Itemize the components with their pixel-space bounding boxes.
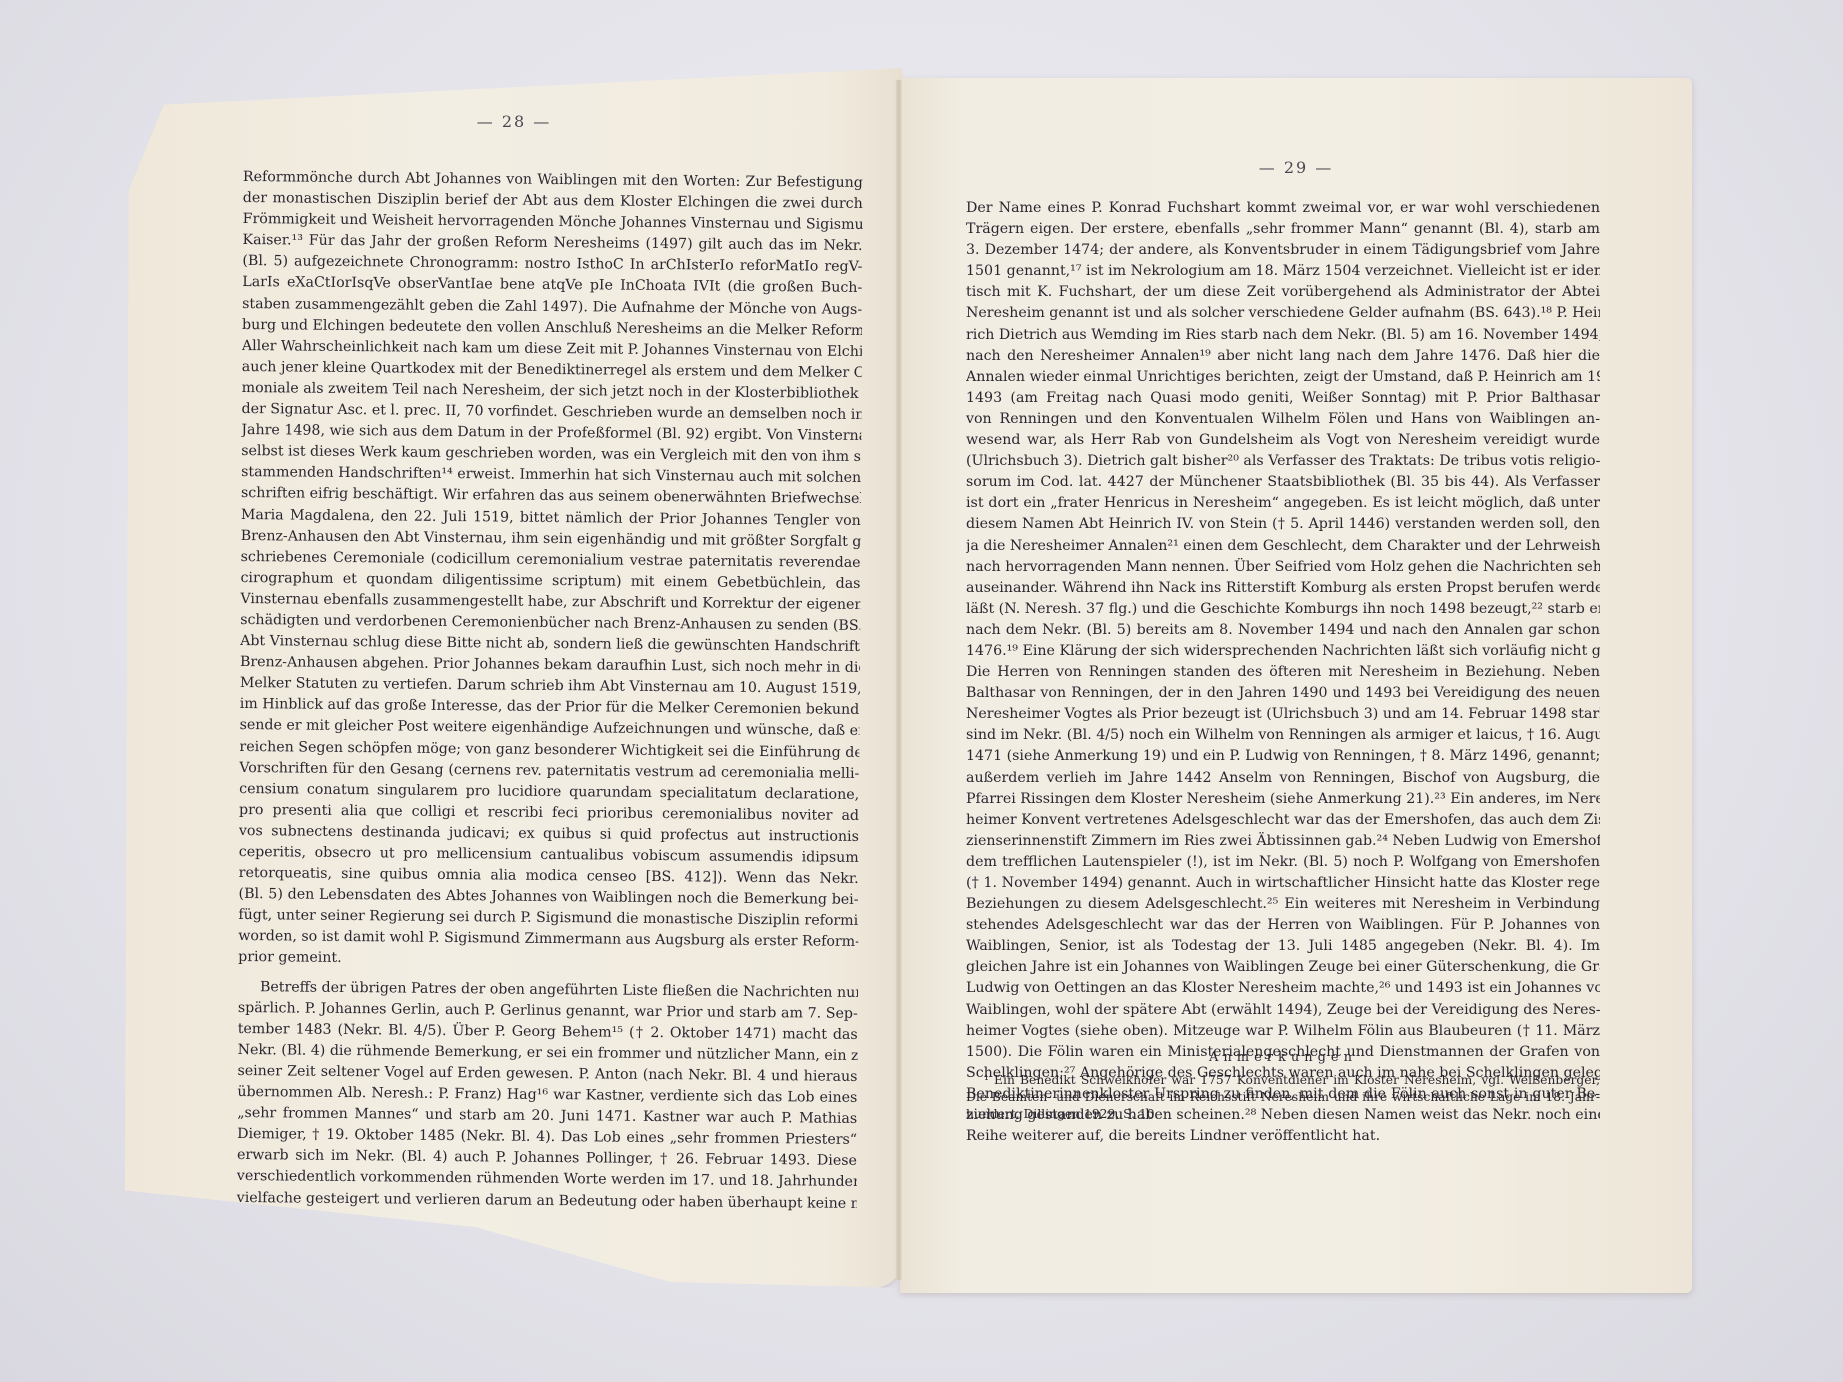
notes-heading: Anmerkungen	[966, 1050, 1600, 1065]
book-spine	[896, 80, 902, 1280]
text-line: Pfarrei Rissingen dem Kloster Neresheim …	[966, 789, 1600, 810]
text-line: außerdem verlieh im Jahre 1442 Anselm vo…	[966, 768, 1600, 789]
text-line: dem trefflichen Lautenspieler (!), ist i…	[966, 852, 1600, 873]
text-line: Die Herren von Renningen standen des öft…	[966, 662, 1600, 683]
text-line: auseinander. Während ihn Nack ins Ritter…	[966, 578, 1600, 599]
text-line: gleichen Jahre ist ein Johannes von Waib…	[966, 957, 1600, 978]
text-line: 1471 (siehe Anmerkung 19) und ein P. Lud…	[966, 746, 1600, 767]
text-line: Trägern eigen. Der erstere, ebenfalls „s…	[966, 219, 1600, 240]
text-line: Der Name eines P. Konrad Fuchshart kommt…	[966, 198, 1600, 219]
text-line: hundert, Dillingen 1929, S. 10.	[966, 1106, 1600, 1123]
left-page-body: Reformmönche durch Abt Johannes von Waib…	[237, 167, 863, 1215]
text-line: Waiblingen, Senior, ist als Todestag der…	[966, 936, 1600, 957]
text-line: diesem Namen Abt Heinrich IV. von Stein …	[966, 514, 1600, 535]
text-line: ¹ Ein Benedikt Schweikhofer war 1757 Kon…	[966, 1072, 1600, 1089]
left-paragraph-2: Betreffs der übrigen Patres der oben ang…	[237, 977, 858, 1215]
text-line: zienserinnenstift Zimmern im Ries zwei Ä…	[966, 831, 1600, 852]
text-line: stehendes Adelsgeschlecht war das der He…	[966, 915, 1600, 936]
text-line: († 1. November 1494) genannt. Auch in wi…	[966, 873, 1600, 894]
text-line: Neresheimer Vogtes als Prior bezeugt ist…	[966, 704, 1600, 725]
left-paragraph-1: Reformmönche durch Abt Johannes von Waib…	[238, 167, 863, 974]
text-line: heimer Konvent vertretenes Adelsgeschlec…	[966, 810, 1600, 831]
text-line: (Ulrichsbuch 3). Dietrich galt bisher²⁰ …	[966, 451, 1600, 472]
text-line: 1501 genannt,¹⁷ ist im Nekrologium am 18…	[966, 261, 1600, 282]
text-line: sind im Nekr. (Bl. 4/5) noch ein Wilhelm…	[966, 725, 1600, 746]
text-line: Die Beamten- und Dienerschaft im Reichss…	[966, 1089, 1600, 1106]
right-paragraph-1: Der Name eines P. Konrad Fuchshart kommt…	[966, 198, 1600, 1147]
text-line: tisch mit K. Fuchshart, der um diese Zei…	[966, 282, 1600, 303]
text-line: Ludwig von Oettingen an das Kloster Nere…	[966, 978, 1600, 999]
text-line: Neresheim genannt ist und als solcher ve…	[966, 303, 1600, 324]
text-line: heimer Vogtes (siehe oben). Mitzeuge war…	[966, 1021, 1600, 1042]
text-line: rich Dietrich aus Wemding im Ries starb …	[966, 325, 1600, 346]
text-line: nach hervorragenden Mann nennen. Über Se…	[966, 557, 1600, 578]
text-line: Annalen wieder einmal Unrichtiges berich…	[966, 367, 1600, 388]
text-line: wesend war, als Herr Rab von Gundelsheim…	[966, 430, 1600, 451]
text-line: Waiblingen, wohl der spätere Abt (erwähl…	[966, 1000, 1600, 1021]
footnote-1: ¹ Ein Benedikt Schweikhofer war 1757 Kon…	[966, 1072, 1600, 1123]
text-line: Beziehungen zu diesem Adelsgeschlecht.²⁵…	[966, 894, 1600, 915]
text-line: von Renningen und den Konventualen Wilhe…	[966, 409, 1600, 430]
text-line: nach dem Nekr. (Bl. 5) bereits am 8. Nov…	[966, 620, 1600, 641]
text-line: 1476.¹⁹ Eine Klärung der sich widersprec…	[966, 641, 1600, 662]
right-page-body: Der Name eines P. Konrad Fuchshart kommt…	[966, 198, 1600, 1147]
text-line: nach den Neresheimer Annalen¹⁹ aber nich…	[966, 346, 1600, 367]
page-number-right: — 29 —	[900, 158, 1692, 177]
text-line: Balthasar von Renningen, der in den Jahr…	[966, 683, 1600, 704]
text-line: ja die Neresheimer Annalen²¹ einen dem G…	[966, 536, 1600, 557]
open-booklet: — 28 — — 29 — Reformmönche durch Abt Joh…	[0, 0, 1843, 1382]
text-line: 1493 (am Freitag nach Quasi modo geniti,…	[966, 388, 1600, 409]
text-line: läßt (N. Neresh. 37 flg.) und die Geschi…	[966, 599, 1600, 620]
text-line: ist dort ein „frater Henricus in Nereshe…	[966, 493, 1600, 514]
text-line: 3. Dezember 1474; der andere, als Konven…	[966, 240, 1600, 261]
page-number-left: — 28 —	[125, 112, 903, 131]
text-line: sorum im Cod. lat. 4427 der Münchener St…	[966, 472, 1600, 493]
text-line: Reihe weiterer auf, die bereits Lindner …	[966, 1126, 1600, 1147]
